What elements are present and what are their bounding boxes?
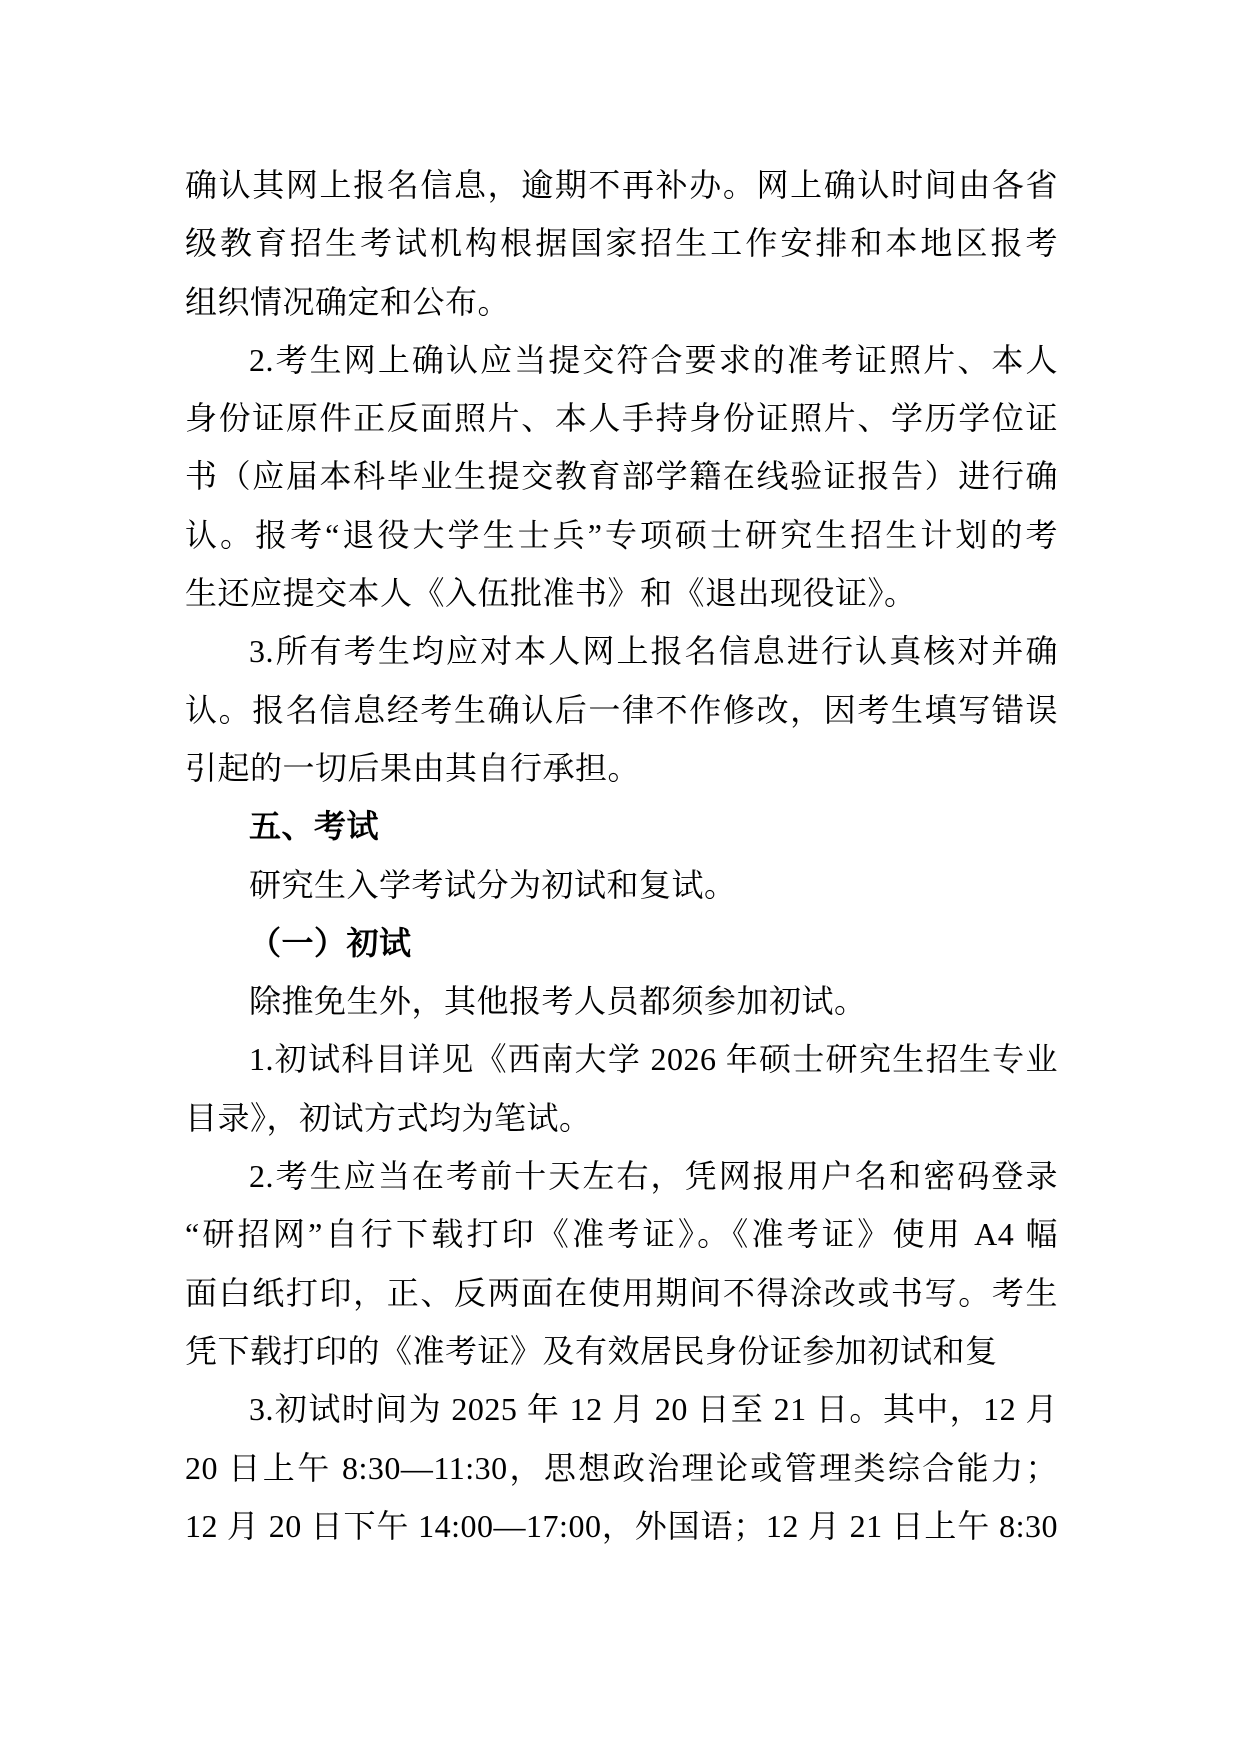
text-line: 2.考生应当在考前十天左右，凭网报用户名和密码登录: [185, 1147, 1058, 1205]
subsection-heading: （一）初试: [185, 914, 1058, 972]
text-line: 3.所有考生均应对本人网上报名信息进行认真核对并确: [185, 622, 1058, 680]
text-line: 除推免生外，其他报考人员都须参加初试。: [185, 972, 1058, 1030]
document-page: 确认其网上报名信息，逾期不再补办。网上确认时间由各省 级教育招生考试机构根据国家…: [0, 0, 1240, 1753]
text-line: “研招网”自行下载打印《准考证》。《准考证》使用 A4 幅: [185, 1205, 1058, 1263]
text-line: 凭下载打印的《准考证》及有效居民身份证参加初试和复试。: [185, 1322, 1058, 1380]
text-line: 引起的一切后果由其自行承担。: [185, 739, 1058, 797]
text-line: 2.考生网上确认应当提交符合要求的准考证照片、本人: [185, 331, 1058, 389]
text-line: 书（应届本科毕业生提交教育部学籍在线验证报告）进行确: [185, 447, 1058, 505]
text-line: 12 月 20 日下午 14:00—17:00，外国语；12 月 21 日上午 …: [185, 1497, 1058, 1555]
text-line: 3.初试时间为 2025 年 12 月 20 日至 21 日。其中，12 月: [185, 1380, 1058, 1438]
text-line: 目录》，初试方式均为笔试。: [185, 1089, 1058, 1147]
text-line: 认。报名信息经考生确认后一律不作修改，因考生填写错误: [185, 681, 1058, 739]
text-line: 认。报考“退役大学生士兵”专项硕士研究生招生计划的考: [185, 506, 1058, 564]
text-line: 组织情况确定和公布。: [185, 273, 1058, 331]
text-line: 面白纸打印，正、反两面在使用期间不得涂改或书写。考生: [185, 1264, 1058, 1322]
text-line: 级教育招生考试机构根据国家招生工作安排和本地区报考: [185, 214, 1058, 272]
text-line: 研究生入学考试分为初试和复试。: [185, 856, 1058, 914]
text-line: 1.初试科目详见《西南大学 2026 年硕士研究生招生专业: [185, 1030, 1058, 1088]
section-heading: 五、考试: [185, 797, 1058, 855]
text-line: 确认其网上报名信息，逾期不再补办。网上确认时间由各省: [185, 156, 1058, 214]
text-line: 生还应提交本人《入伍批准书》和《退出现役证》。: [185, 564, 1058, 622]
text-line: 身份证原件正反面照片、本人手持身份证照片、学历学位证: [185, 389, 1058, 447]
text-line: 20 日上午 8:30—11:30，思想政治理论或管理类综合能力；: [185, 1439, 1058, 1497]
text-content: 确认其网上报名信息，逾期不再补办。网上确认时间由各省 级教育招生考试机构根据国家…: [185, 156, 1058, 1555]
